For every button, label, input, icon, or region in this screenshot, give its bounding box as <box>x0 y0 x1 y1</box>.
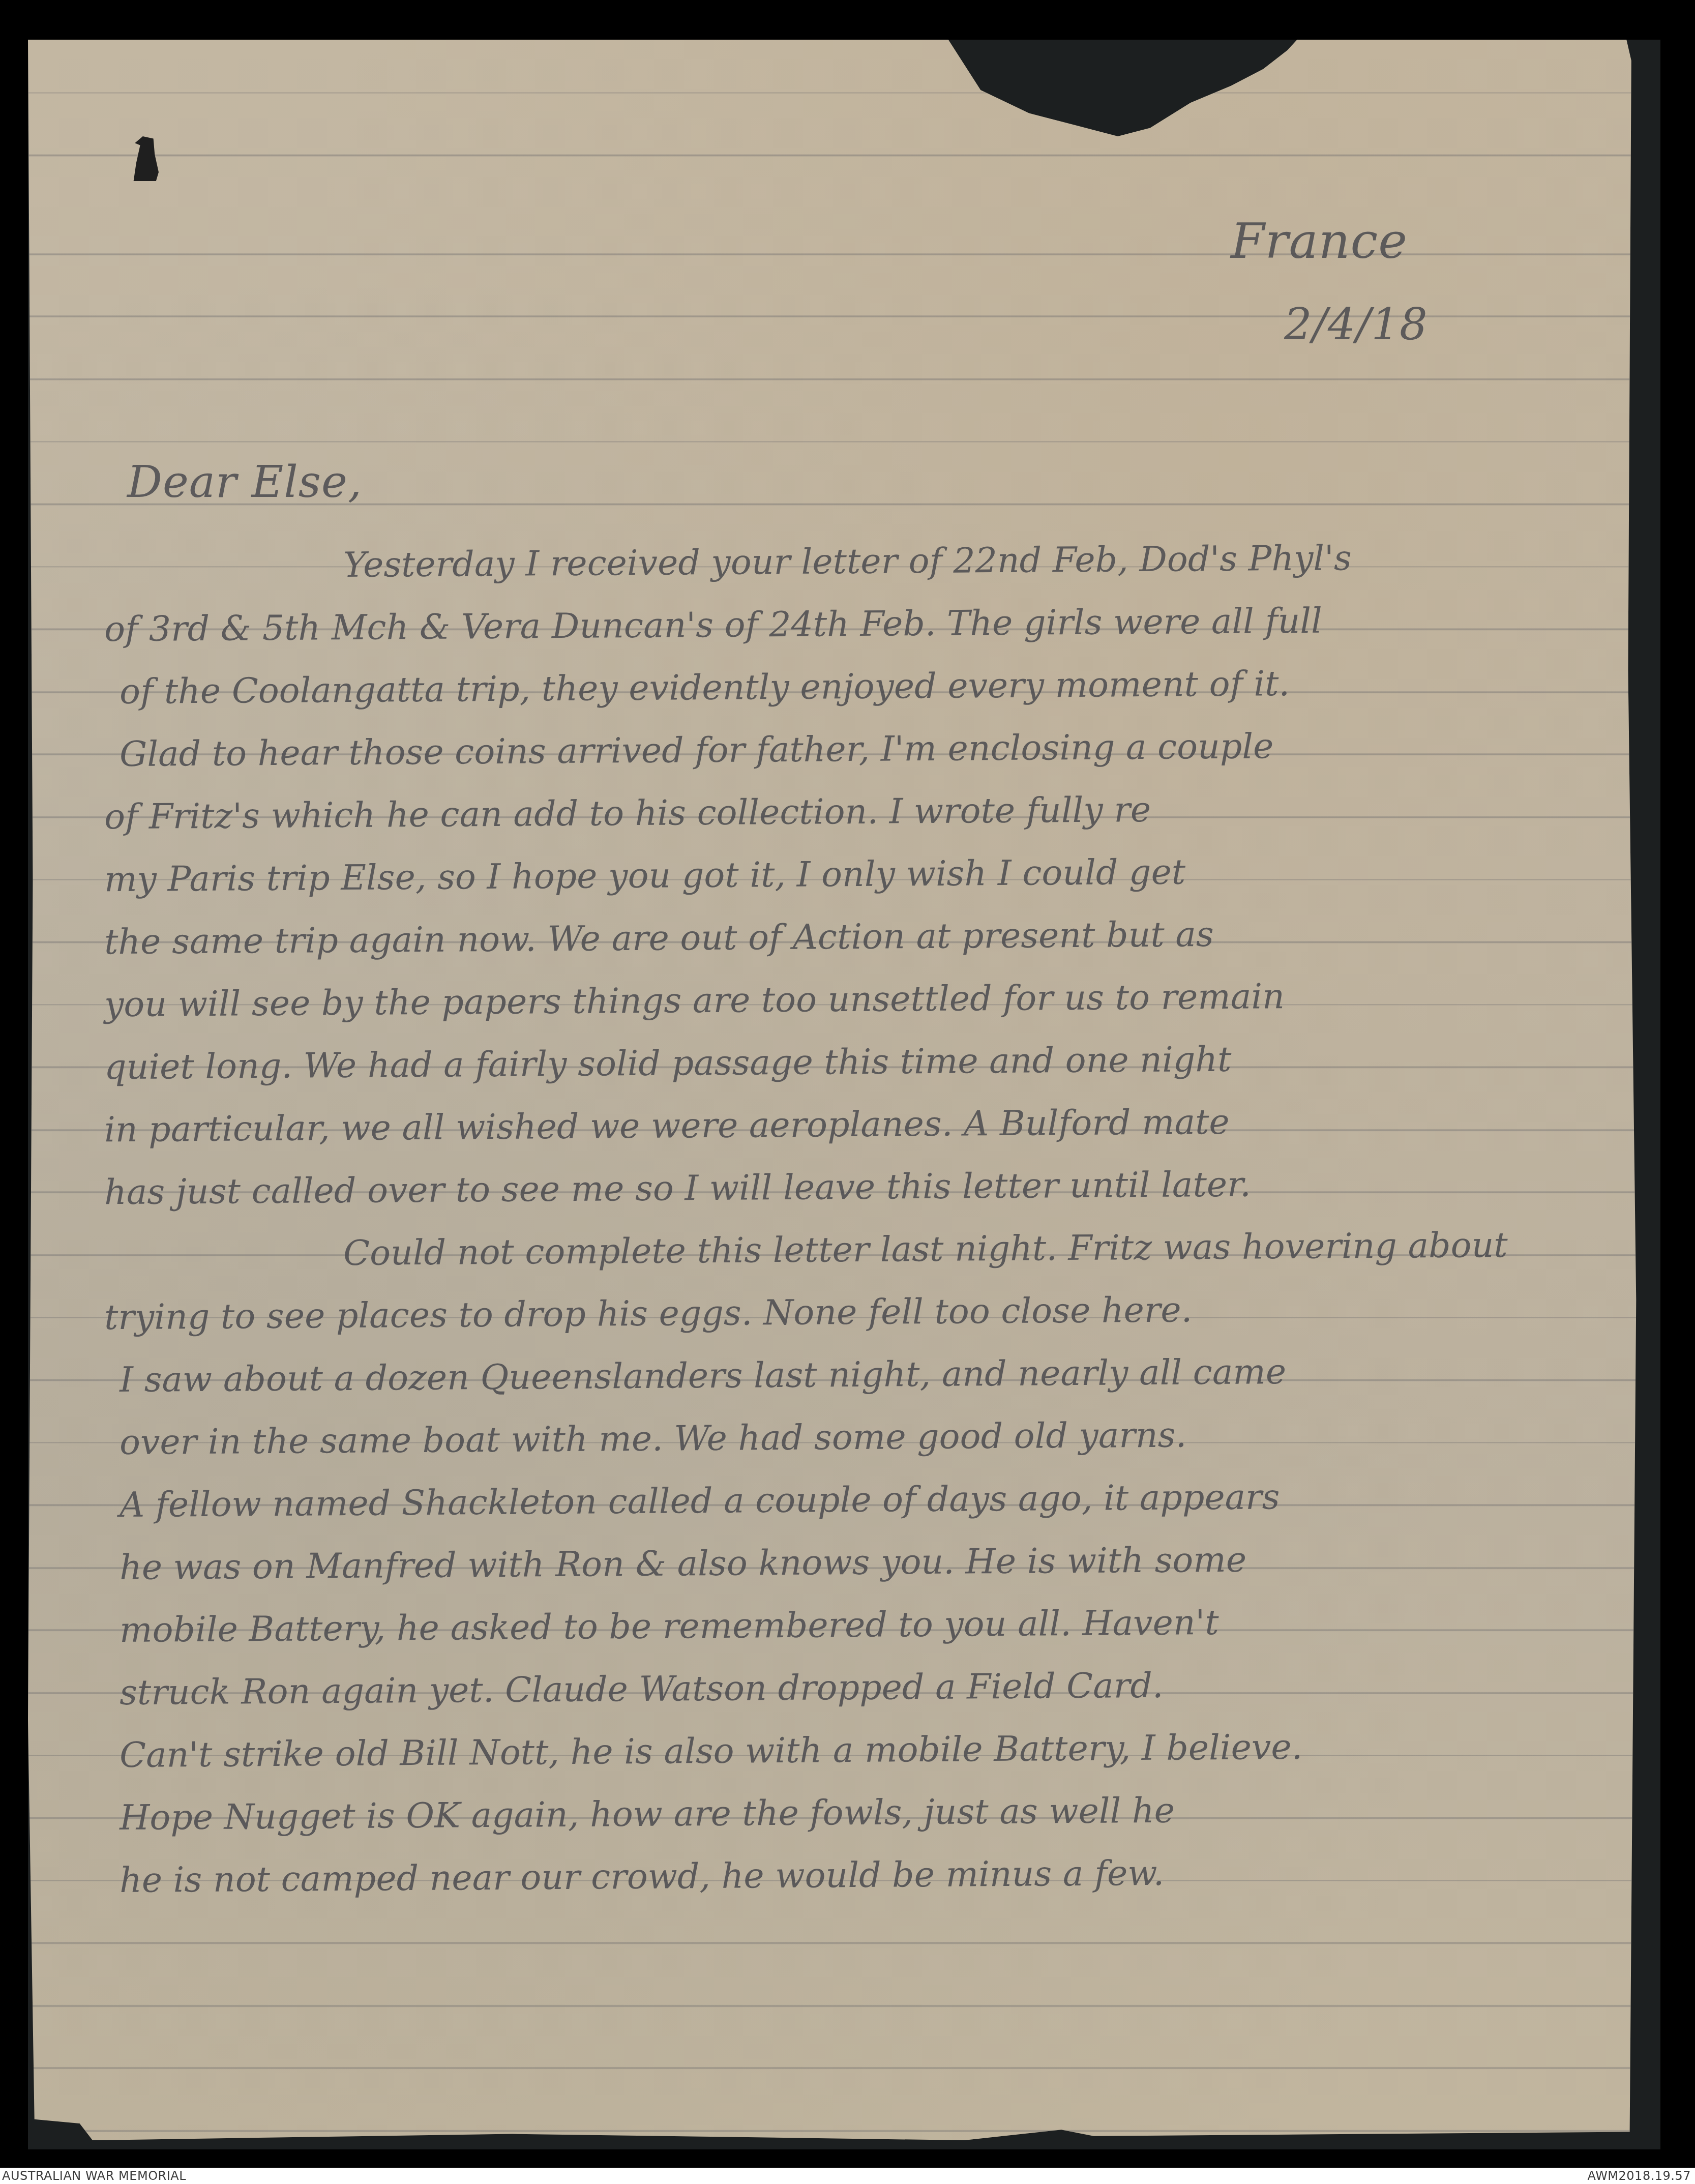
letter-line: the same trip again now. We are out of A… <box>104 901 1605 974</box>
letter-page: France 2/4/18 Dear Else, Yesterday I rec… <box>28 40 1643 2140</box>
letter-line: of 3rd & 5th Mch & Vera Duncan's of 24th… <box>104 588 1605 661</box>
institution-caption: AUSTRALIAN WAR MEMORIAL <box>2 2168 186 2184</box>
letter-line: A fellow named Shackleton called a coupl… <box>104 1464 1605 1537</box>
letter-line: you will see by the papers things are to… <box>104 963 1605 1037</box>
letter-line: he was on Manfred with Ron & also knows … <box>104 1526 1605 1600</box>
letter-date: 2/4/18 <box>1284 299 1428 350</box>
letter-body: Yesterday I received your letter of 22nd… <box>104 530 1604 1907</box>
letter-salutation: Dear Else, <box>127 457 362 508</box>
accession-number: AWM2018.19.57 <box>1588 2168 1691 2184</box>
caption-bar <box>0 2168 1695 2184</box>
letter-line: he is not camped near our crowd, he woul… <box>104 1839 1605 1912</box>
letter-line: mobile Battery, he asked to be remembere… <box>104 1589 1605 1662</box>
letter-line: quiet long. We had a fairly solid passag… <box>104 1026 1605 1099</box>
letter-line: of Fritz's which he can add to his colle… <box>104 776 1605 849</box>
letter-line: Hope Nugget is OK again, how are the fow… <box>104 1777 1605 1850</box>
letter-line: Yesterday I received your letter of 22nd… <box>104 525 1605 599</box>
letter-line: trying to see places to drop his eggs. N… <box>104 1276 1605 1349</box>
letter-place: France <box>1231 213 1408 270</box>
letter-line: struck Ron again yet. Claude Watson drop… <box>104 1651 1605 1725</box>
letter-line: over in the same boat with me. We had so… <box>104 1401 1605 1474</box>
letter-line: Can't strike old Bill Nott, he is also w… <box>104 1714 1605 1787</box>
letter-line: has just called over to see me so I will… <box>104 1151 1605 1224</box>
letter-line: Could not complete this letter last nigh… <box>104 1214 1605 1287</box>
letter-line: of the Coolangatta trip, they evidently … <box>104 651 1605 724</box>
letter-line: my Paris trip Else, so I hope you got it… <box>104 838 1605 911</box>
letter-line: Glad to hear those coins arrived for fat… <box>104 713 1605 786</box>
letter-line: in particular, we all wished we were aer… <box>104 1088 1605 1162</box>
letter-line: I saw about a dozen Queenslanders last n… <box>104 1339 1605 1412</box>
